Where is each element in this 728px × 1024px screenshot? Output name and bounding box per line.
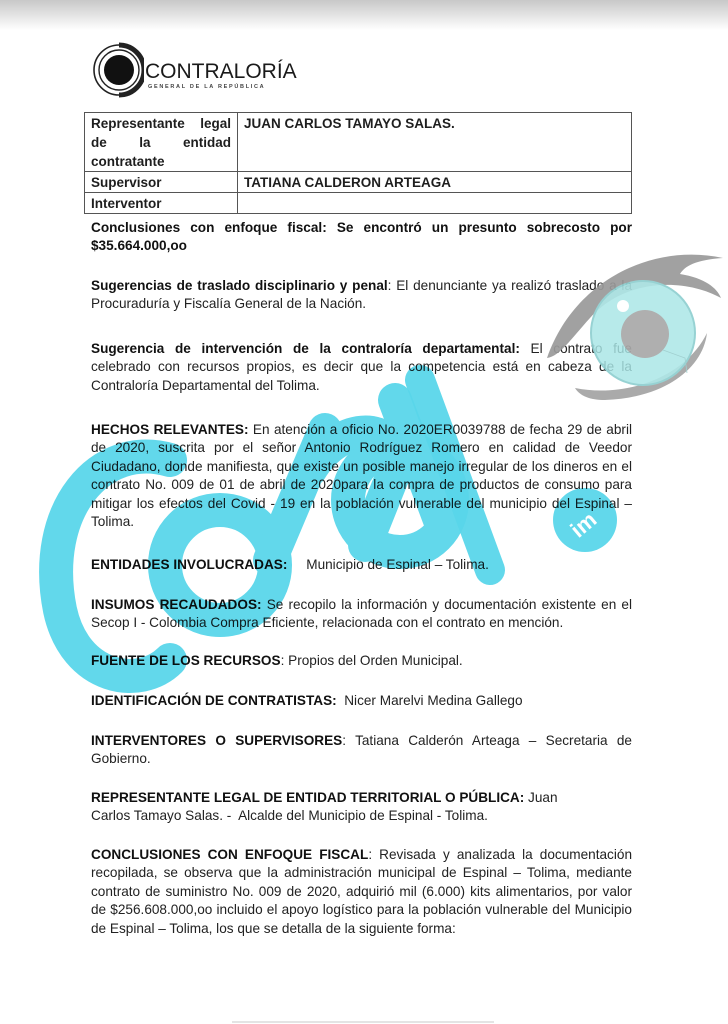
- table-row: Interventor: [85, 193, 632, 214]
- contraloria-ring-logo-icon: [92, 42, 144, 98]
- section-text: : Propios del Orden Municipal.: [281, 653, 463, 668]
- table-row: Representante legal de la entidad contra…: [85, 113, 632, 172]
- section-heading: INTERVENTORES O SUPERVISORES: [91, 733, 342, 748]
- section-heading: IDENTIFICACIÓN DE CONTRATISTAS:: [91, 693, 337, 708]
- page-bottom-edge: [232, 1021, 494, 1023]
- table-value-cell: TATIANA CALDERON ARTEAGA: [238, 172, 632, 193]
- table-label-line: contratante: [91, 152, 231, 171]
- section-heading: CONCLUSIONES CON ENFOQUE FISCAL: [91, 847, 368, 862]
- section-heading: Sugerencias de traslado disciplinario y …: [91, 278, 388, 293]
- section-involved-entities: ENTIDADES INVOLUCRADAS: Municipio de Esp…: [91, 556, 632, 574]
- table-label-cell: Representante legal de la entidad contra…: [85, 113, 238, 172]
- section-disciplinary-suggestion: Sugerencias de traslado disciplinario y …: [91, 277, 632, 314]
- table-value-cell: [238, 193, 632, 214]
- section-fiscal-conclusions-detail: CONCLUSIONES CON ENFOQUE FISCAL: Revisad…: [91, 846, 632, 938]
- section-fiscal-conclusion-summary: Conclusiones con enfoque fiscal: Se enco…: [91, 219, 632, 256]
- logo-name: CONTRALORÍA: [145, 60, 297, 84]
- contraloria-logo: CONTRALORÍA GENERAL DE LA REPÚBLICA: [92, 38, 292, 104]
- table-row: Supervisor TATIANA CALDERON ARTEAGA: [85, 172, 632, 193]
- section-text: Nicer Marelvi Medina Gallego: [337, 693, 523, 708]
- section-heading: ENTIDADES INVOLUCRADAS:: [91, 557, 287, 572]
- section-text: En atención a oficio No. 2020ER0039788 d…: [91, 422, 632, 529]
- table-label-cell: Interventor: [85, 193, 238, 214]
- section-heading: FUENTE DE LOS RECURSOS: [91, 653, 281, 668]
- section-intervention-suggestion: Sugerencia de intervención de la contral…: [91, 340, 632, 395]
- contract-info-table: Representante legal de la entidad contra…: [84, 112, 632, 214]
- section-heading: Conclusiones con enfoque fiscal:: [91, 220, 327, 235]
- section-resource-source: FUENTE DE LOS RECURSOS: Propios del Orde…: [91, 652, 632, 670]
- section-contractor-id: IDENTIFICACIÓN DE CONTRATISTAS: Nicer Ma…: [91, 692, 632, 710]
- section-heading: REPRESENTANTE LEGAL DE ENTIDAD TERRITORI…: [91, 790, 524, 805]
- table-label-cell: Supervisor: [85, 172, 238, 193]
- table-value-cell: JUAN CARLOS TAMAYO SALAS.: [238, 113, 632, 172]
- section-relevant-facts: HECHOS RELEVANTES: En atención a oficio …: [91, 421, 632, 531]
- section-supervisors: INTERVENTORES O SUPERVISORES: Tatiana Ca…: [91, 732, 632, 769]
- table-label-line: de la entidad: [91, 133, 231, 152]
- document-page: CONTRALORÍA GENERAL DE LA REPÚBLICA Repr…: [0, 0, 728, 1024]
- table-label-line: Representante legal: [91, 114, 231, 133]
- section-heading: HECHOS RELEVANTES:: [91, 422, 249, 437]
- section-collected-inputs: INSUMOS RECAUDADOS: Se recopilo la infor…: [91, 596, 632, 633]
- section-heading: Sugerencia de intervención de la contral…: [91, 341, 520, 356]
- logo-subtitle: GENERAL DE LA REPÚBLICA: [148, 84, 265, 90]
- section-legal-representative: REPRESENTANTE LEGAL DE ENTIDAD TERRITORI…: [91, 789, 591, 826]
- section-text: Municipio de Espinal – Tolima.: [287, 557, 489, 572]
- section-heading: INSUMOS RECAUDADOS:: [91, 597, 262, 612]
